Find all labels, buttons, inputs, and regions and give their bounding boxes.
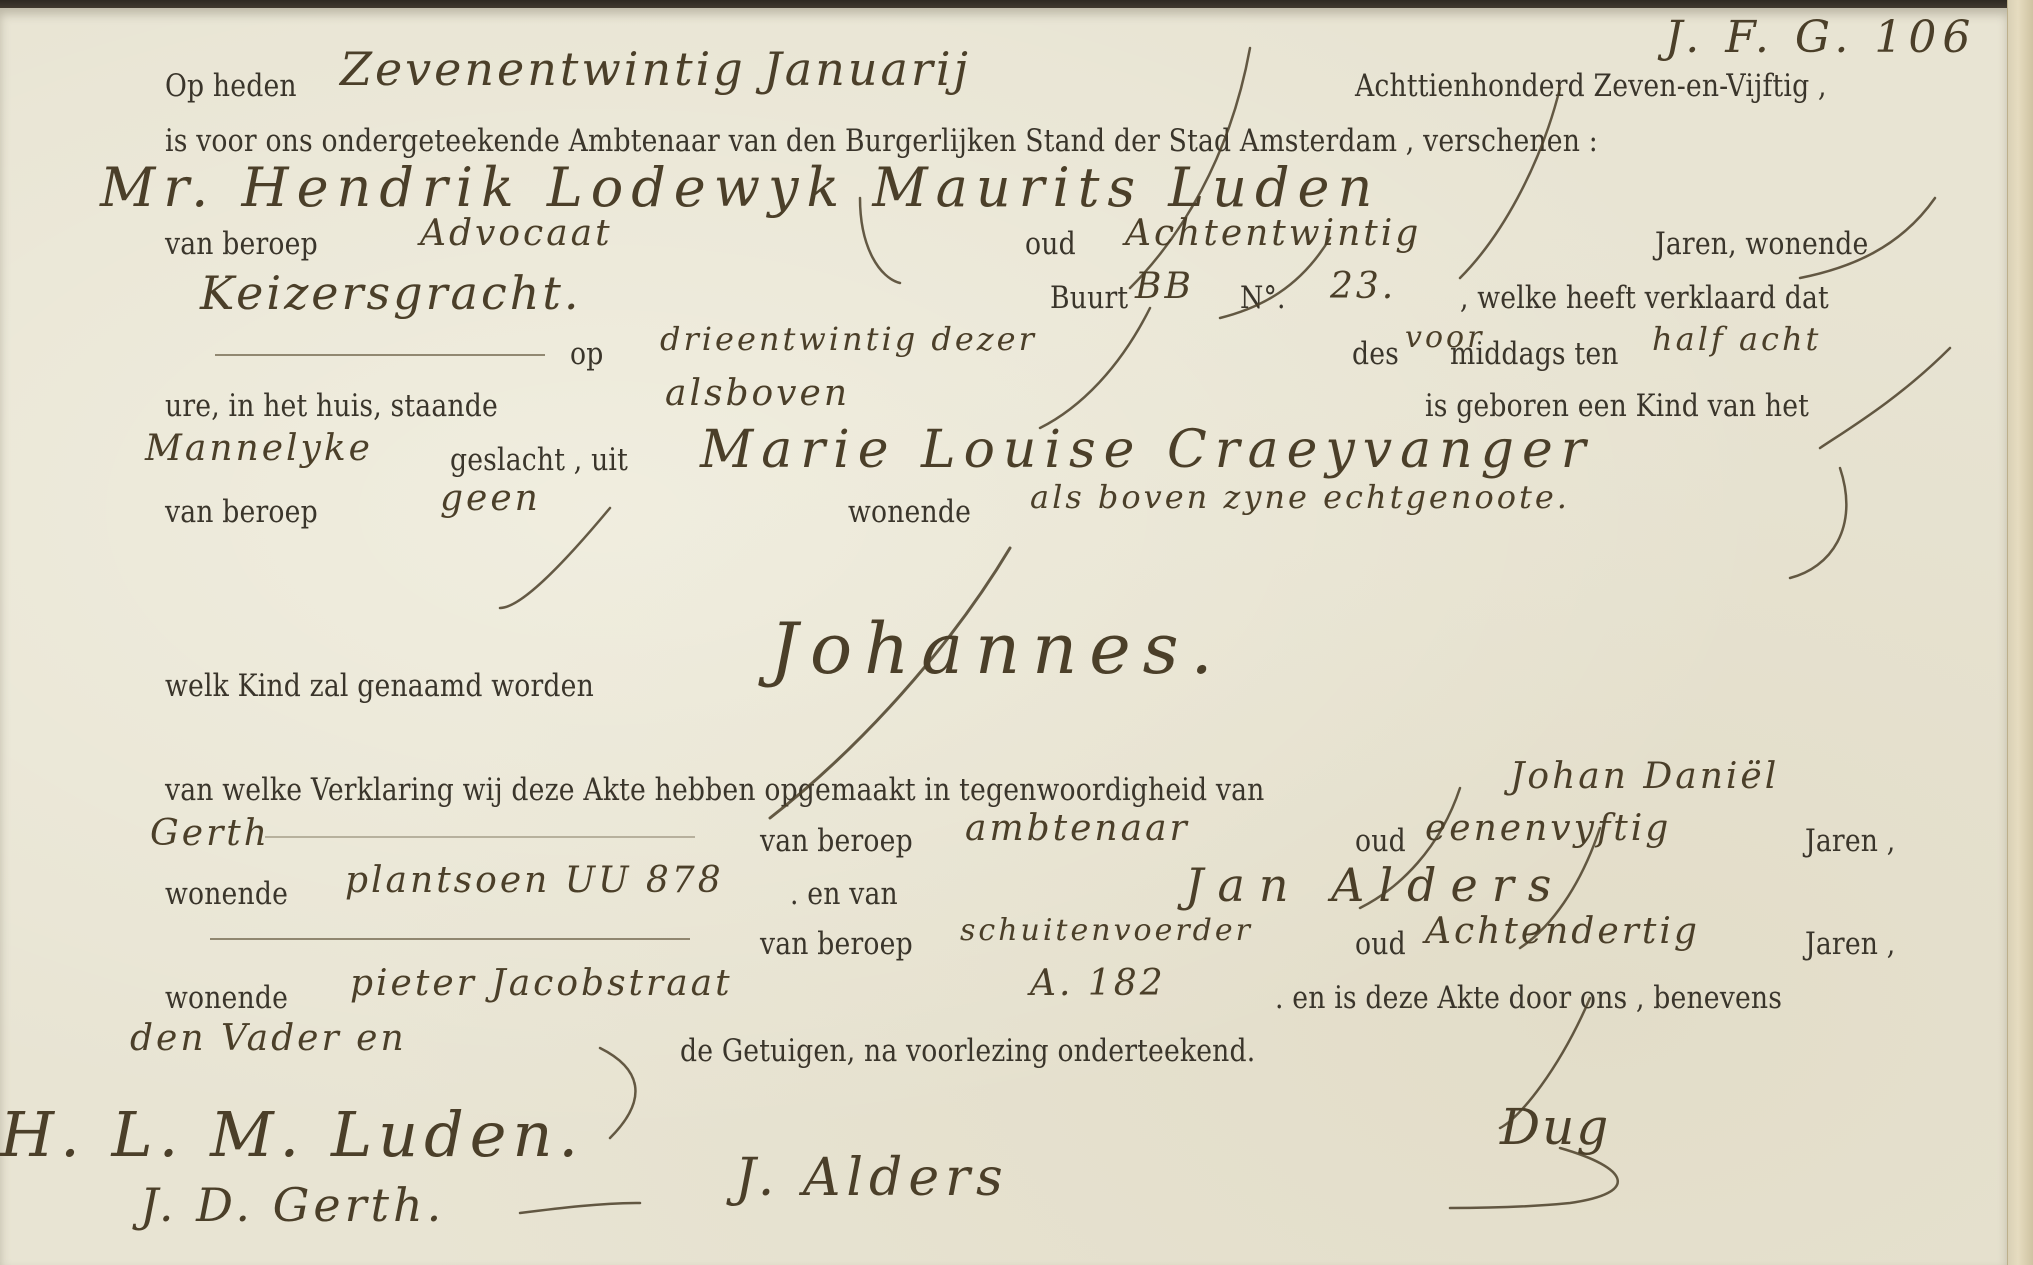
hand-witness1-name-b: Gerth <box>150 813 270 854</box>
hand-buurt: BB <box>1135 266 1194 307</box>
blank-rule <box>265 836 695 838</box>
hand-witness2-profession: schuitenvoerder <box>960 913 1253 948</box>
printed-wonende-mother: wonende <box>848 494 971 530</box>
hand-declarant-profession: Advocaat <box>420 213 613 254</box>
printed-en-van: . en van <box>790 876 898 912</box>
printed-oud-w2: oud <box>1355 926 1406 962</box>
signature-witness1: J. D. Gerth. <box>140 1178 445 1232</box>
hand-witness1-age: eenenvyftig <box>1425 808 1671 849</box>
hand-signatories: den Vader en <box>130 1018 407 1059</box>
printed-van-beroep-1: van beroep <box>165 226 318 262</box>
signature-official: Dug <box>1500 1098 1610 1156</box>
printed-op: op <box>570 336 603 372</box>
hand-child-name: Johannes. <box>770 608 1225 690</box>
hand-witness2-residence: pieter Jacobstraat <box>350 963 733 1004</box>
hand-house-number: 23. <box>1330 266 1396 307</box>
hand-declarant-age: Achtentwintig <box>1125 213 1421 254</box>
hand-declarant-street: Keizersgracht. <box>200 266 581 320</box>
hand-witness2-name: Jan Alders <box>1185 858 1565 912</box>
printed-year: Achttienhonderd Zeven-en-Vijftig , <box>1355 68 1827 104</box>
printed-des: des <box>1352 336 1399 372</box>
printed-wonende-w1: wonende <box>165 876 288 912</box>
printed-wonende-w2: wonende <box>165 980 288 1016</box>
printed-no: N°. <box>1240 280 1286 316</box>
printed-verklaard: , welke heeft verklaard dat <box>1460 280 1829 316</box>
hand-mother-profession: geen <box>440 478 541 519</box>
hand-time-hour: half acht <box>1652 320 1821 358</box>
hand-witness2-age: Achtendertig <box>1425 911 1700 952</box>
reference-number: J. F. G. 106 <box>1665 12 1976 63</box>
hand-witness2-number: A. 182 <box>1030 963 1166 1004</box>
document-page: J. F. G. 106 Op heden Zevenentwintig Jan… <box>0 8 2008 1265</box>
hand-date: Zevenentwintig Januarij <box>340 42 971 96</box>
printed-oud-w1: oud <box>1355 823 1406 859</box>
printed-ure-huis: ure, in het huis, staande <box>165 388 498 424</box>
printed-intro-line: is voor ons ondergeteekende Ambtenaar va… <box>165 123 1598 159</box>
printed-jaren-w1: Jaren , <box>1805 823 1895 859</box>
hand-sex: Mannelyke <box>145 428 373 469</box>
signature-father: H. L. M. Luden. <box>0 1098 584 1171</box>
printed-getuigen-line: de Getuigen, na voorlezing onderteekend. <box>680 1033 1255 1069</box>
hand-witness1-name-a: Johan Daniël <box>1510 756 1779 797</box>
hand-mother-name: Marie Louise Craeyvanger <box>700 420 1594 480</box>
hand-birth-location: alsboven <box>665 373 850 414</box>
printed-geslacht-uit: geslacht , uit <box>450 442 628 478</box>
hand-witness1-profession: ambtenaar <box>965 808 1190 849</box>
printed-van-beroep-w1: van beroep <box>760 823 913 859</box>
hand-witness1-residence: plantsoen UU 878 <box>345 860 724 901</box>
hand-birth-day: drieentwintig dezer <box>660 320 1037 358</box>
printed-genaamd-worden: welk Kind zal genaamd worden <box>165 668 594 704</box>
hand-declarant-name: Mr. Hendrik Lodewyk Maurits Luden <box>100 156 1380 219</box>
printed-van-beroep-w2: van beroep <box>760 926 913 962</box>
blank-rule <box>210 938 690 940</box>
signature-witness2: J. Alders <box>735 1148 1009 1208</box>
printed-verklaring-line: van welke Verklaring wij deze Akte hebbe… <box>165 772 1265 808</box>
blank-rule <box>215 354 545 356</box>
printed-akte-door-ons: . en is deze Akte door ons , benevens <box>1275 980 1782 1016</box>
printed-jaren-w2: Jaren , <box>1805 926 1895 962</box>
printed-oud-1: oud <box>1025 226 1076 262</box>
printed-jaren-wonende: Jaren, wonende <box>1655 226 1868 262</box>
printed-van-beroep-mother: van beroep <box>165 494 318 530</box>
printed-buurt: Buurt <box>1050 280 1128 316</box>
page-edge <box>2007 0 2033 1265</box>
hand-mother-residence: als boven zyne echtgenoote. <box>1030 478 1570 516</box>
printed-middags-ten: middags ten <box>1450 336 1619 372</box>
printed-geboren: is geboren een Kind van het <box>1425 388 1809 424</box>
printed-op-heden: Op heden <box>165 68 297 104</box>
